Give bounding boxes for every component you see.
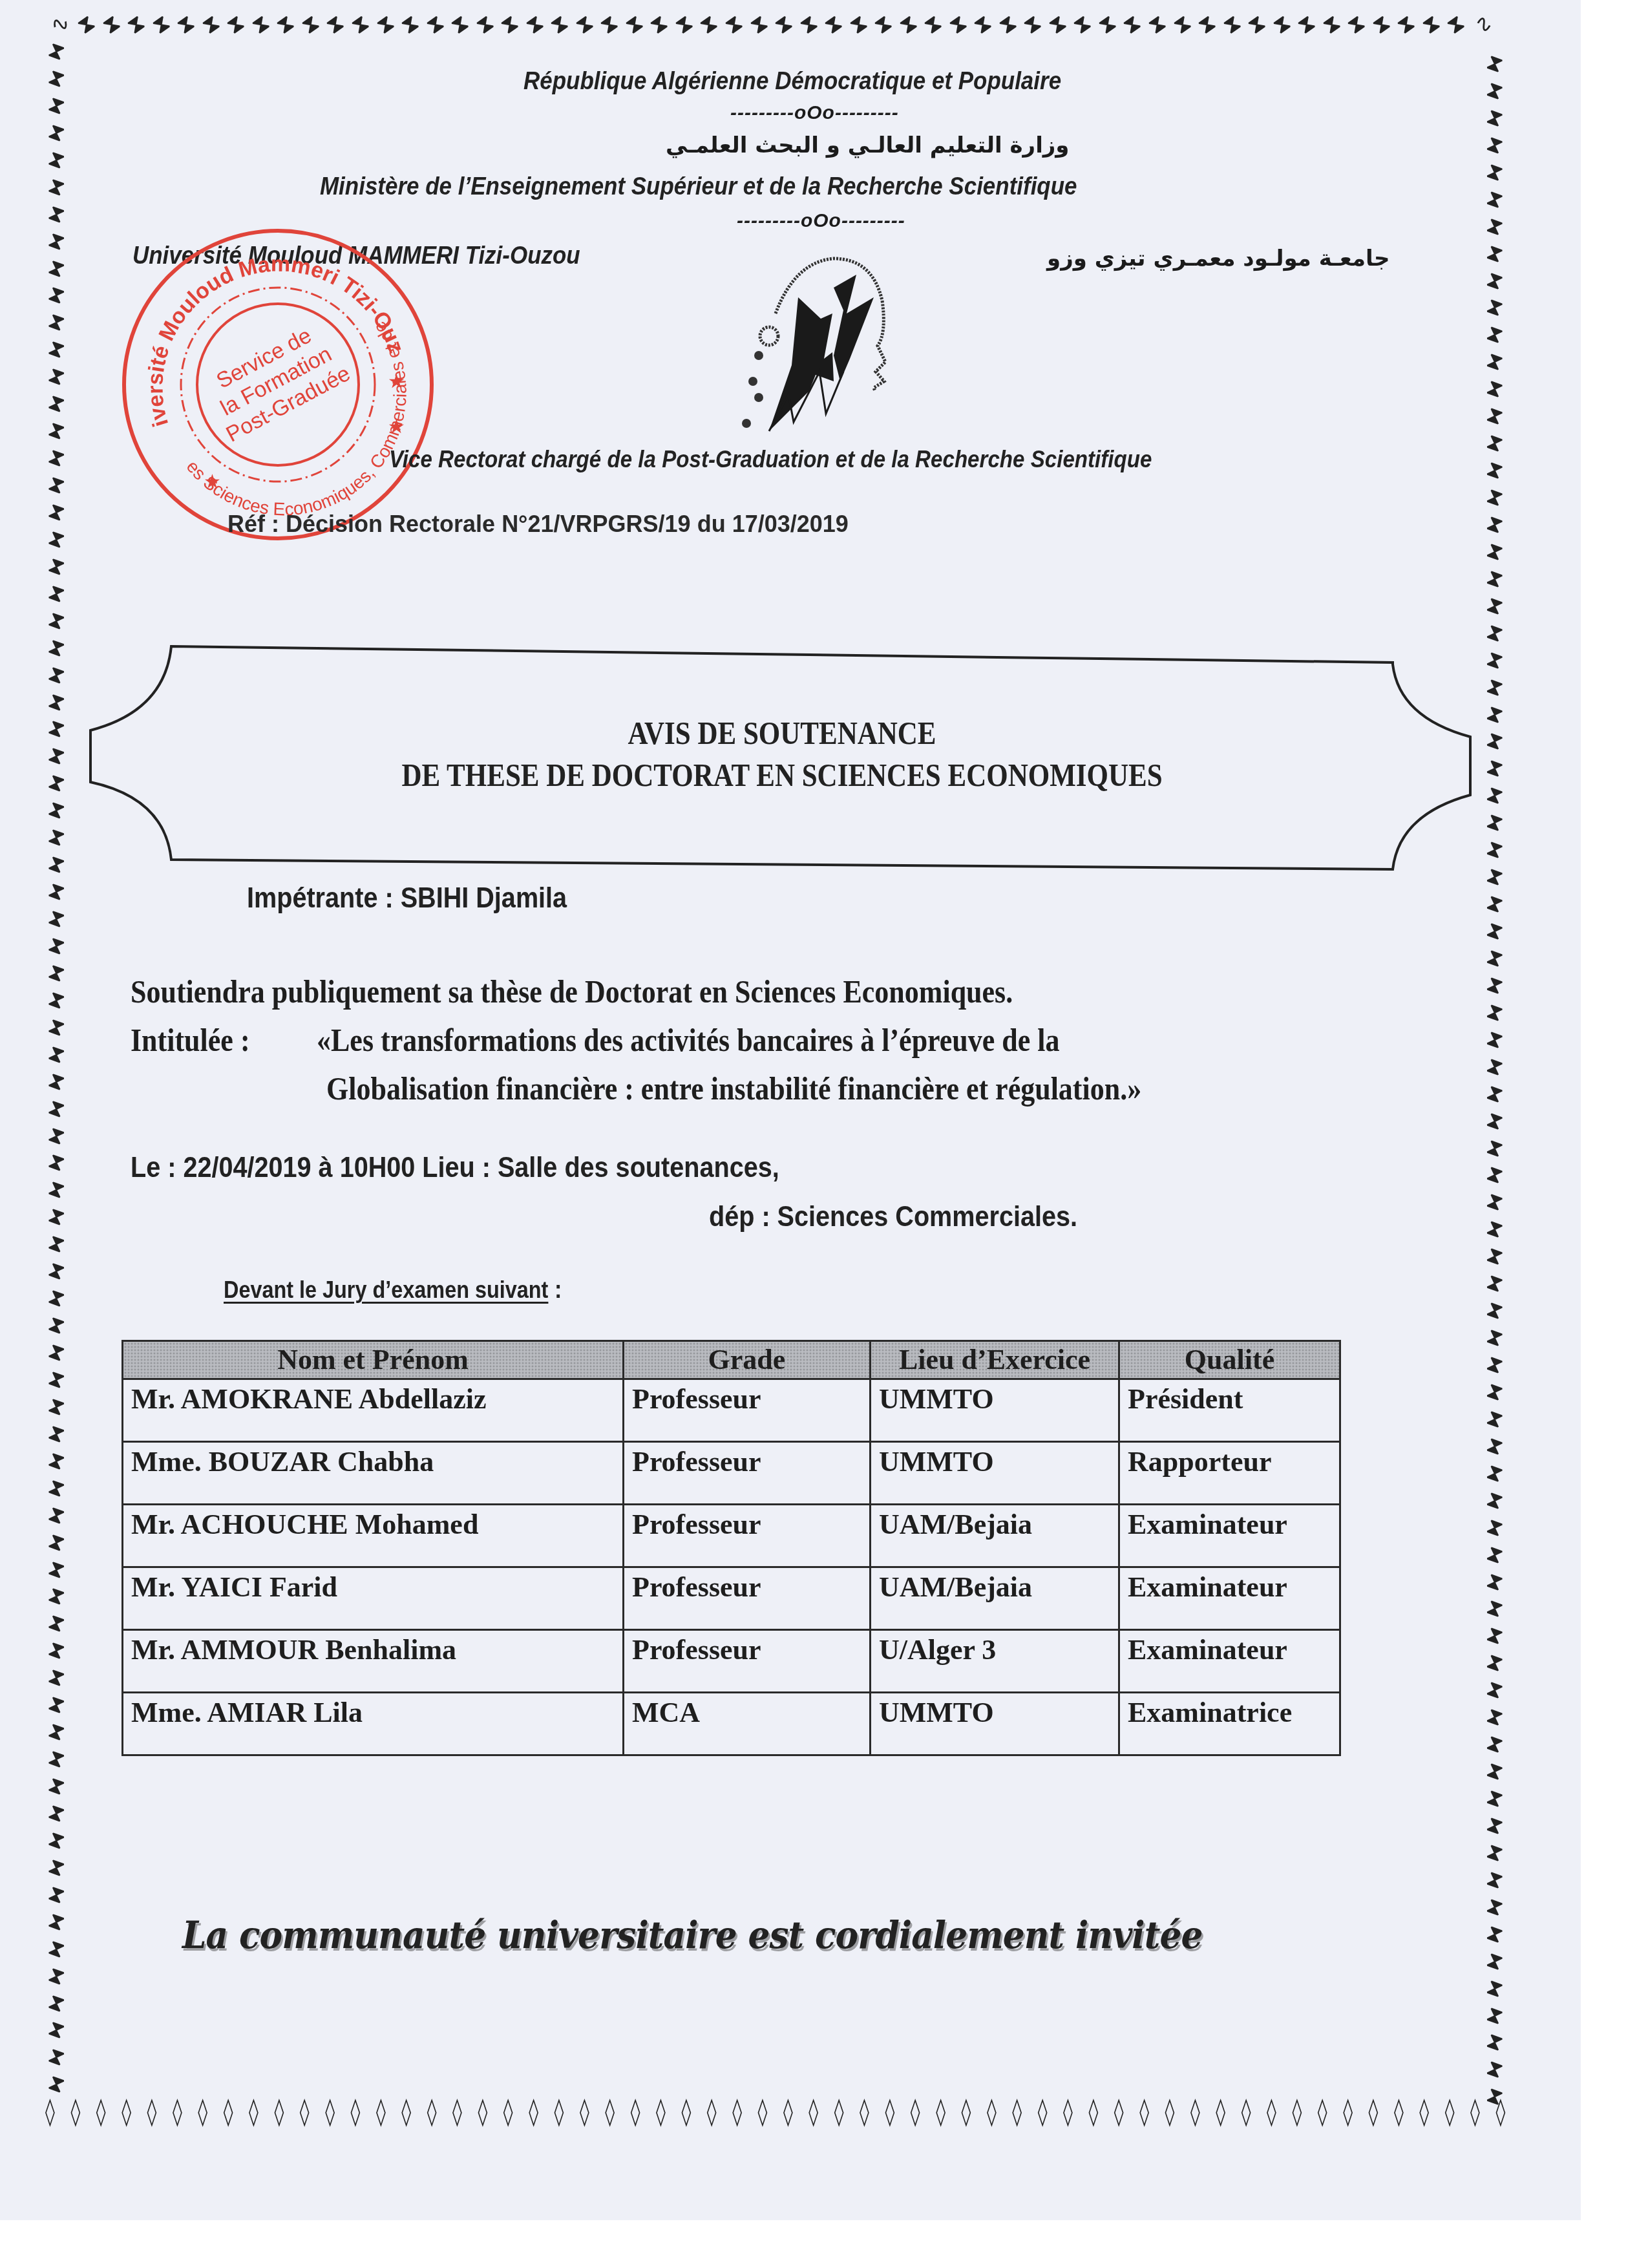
border-ornament-icon: ⧗ bbox=[45, 120, 77, 149]
border-ornament-icon: ⧗ bbox=[1474, 1539, 1505, 1569]
republic-heading: République Algérienne Démocratique et Po… bbox=[523, 68, 1061, 96]
thesis-title-line1: «Les transformations des activités banca… bbox=[317, 1021, 1060, 1059]
table-row: Mr. AMOKRANE Abdellaziz Professeur UMMTO… bbox=[123, 1379, 1340, 1442]
border-ornament-icon: ⧗ bbox=[45, 1827, 77, 1857]
border-ornament-icon: ⧗ bbox=[45, 255, 77, 285]
border-ornament-icon: ⧗ bbox=[45, 851, 77, 881]
border-ornament-icon: ⧗ bbox=[45, 445, 77, 474]
border-ornament-icon: ⧗ bbox=[45, 499, 77, 529]
border-ornament-icon: ⧗ bbox=[1474, 1891, 1505, 1921]
border-ornament-icon: ⧗ bbox=[148, 11, 176, 41]
border-ornament-icon: ◊ bbox=[758, 2099, 768, 2135]
border-ornament-icon: ⧗ bbox=[45, 608, 77, 637]
column-header-role: Qualité bbox=[1119, 1341, 1340, 1379]
border-ornament-icon: ⧗ bbox=[45, 1556, 77, 1586]
member-name: Mme. BOUZAR Chabha bbox=[123, 1442, 624, 1505]
border-ornament-icon: ◊ bbox=[274, 2099, 284, 2135]
border-ornament-icon: ⧗ bbox=[45, 92, 77, 122]
border-ornament-icon: ⧗ bbox=[45, 1963, 77, 1993]
border-ornament-icon: ⧗ bbox=[1145, 11, 1172, 41]
member-role: Examinatrice bbox=[1119, 1693, 1340, 1755]
vice-rectorat-heading: Vice Rectorat chargé de la Post-Graduati… bbox=[389, 446, 1152, 473]
border-ornament-icon: ⧗ bbox=[1474, 726, 1505, 756]
border-ornament-icon: ⧗ bbox=[1119, 11, 1147, 41]
jury-table: Nom et Prénom Grade Lieu d’Exercice Qual… bbox=[121, 1340, 1341, 1756]
border-ornament-icon: ◊ bbox=[249, 2099, 259, 2135]
border-ornament-icon: ⧗ bbox=[45, 824, 77, 854]
border-ornament-icon: ◊ bbox=[1318, 2099, 1327, 2135]
border-ornament-icon: ⧗ bbox=[45, 472, 77, 502]
border-ornament-icon: ⧗ bbox=[1474, 102, 1505, 132]
border-ornament-icon: ⧗ bbox=[1474, 2054, 1505, 2084]
border-ornament-icon: ⧗ bbox=[771, 11, 799, 41]
border-ornament-icon: ⧗ bbox=[198, 11, 226, 41]
border-ornament-icon: ⧗ bbox=[871, 11, 898, 41]
border-ornament-icon: ⧗ bbox=[1474, 563, 1505, 593]
border-ornament-icon: ⧗ bbox=[45, 1637, 77, 1667]
border-ornament-icon: ◊ bbox=[45, 2099, 55, 2135]
border-ornament-icon: ⧗ bbox=[45, 418, 77, 447]
border-ornament-icon: ⧗ bbox=[1368, 11, 1396, 41]
member-name: Mr. AMMOUR Benhalima bbox=[123, 1630, 624, 1693]
border-ornament-icon: ◊ bbox=[580, 2099, 589, 2135]
border-ornament-icon: ⧗ bbox=[45, 906, 77, 935]
department: dép : Sciences Commerciales. bbox=[709, 1201, 1077, 1233]
border-ornament-icon: ⧗ bbox=[1474, 454, 1505, 484]
border-ornament-icon: ◊ bbox=[173, 2099, 182, 2135]
border-ornament-icon: ⧗ bbox=[45, 1421, 77, 1450]
border-ornament-icon: ◊ bbox=[478, 2099, 487, 2135]
border-ornament-icon: ⧗ bbox=[1474, 129, 1505, 159]
border-ornament-icon: ⧗ bbox=[248, 11, 276, 41]
member-name: Mme. AMIAR Lila bbox=[123, 1693, 624, 1755]
border-ornament-icon: ⧗ bbox=[1474, 1647, 1505, 1677]
border-ornament-icon: ⧗ bbox=[1474, 211, 1505, 240]
border-ornament-icon: ◊ bbox=[631, 2099, 640, 2135]
border-ornament-icon: ◊ bbox=[911, 2099, 920, 2135]
border-ornament-icon: ⧗ bbox=[1474, 834, 1505, 864]
border-ornament-icon: ⧗ bbox=[1474, 373, 1505, 403]
border-ornament-icon: ⧗ bbox=[273, 11, 301, 41]
border-ornament-icon: ⧗ bbox=[1474, 1864, 1505, 1894]
border-ornament-icon: ⧗ bbox=[45, 1014, 77, 1044]
border-ornament-icon: ◊ bbox=[808, 2099, 818, 2135]
border-ornament-icon: ◊ bbox=[376, 2099, 386, 2135]
border-ornament-icon: ◊ bbox=[783, 2099, 793, 2135]
column-header-location: Lieu d’Exercice bbox=[871, 1341, 1119, 1379]
member-location: UAM/Bejaia bbox=[871, 1567, 1119, 1630]
border-ornament-icon: ⧗ bbox=[1294, 11, 1322, 41]
border-ornament-icon: ⧗ bbox=[671, 11, 699, 41]
border-ornament-icon: ⧗ bbox=[45, 933, 77, 962]
defense-statement: Soutiendra publiquement sa thèse de Doct… bbox=[131, 973, 1013, 1010]
border-ornament-icon: ⧗ bbox=[1474, 400, 1505, 430]
svg-text:★: ★ bbox=[388, 416, 405, 438]
border-ornament-icon: ⧗ bbox=[696, 11, 724, 41]
border-ornament-icon: ⧗ bbox=[1474, 1240, 1505, 1270]
border-ornament-icon: ◊ bbox=[1292, 2099, 1302, 2135]
ministry-arabic: وزارة التعليم العالـي و البحث العلمـي bbox=[666, 132, 1070, 158]
border-ornament-icon: ⧗ bbox=[45, 1312, 77, 1342]
border-ornament-icon: ◊ bbox=[834, 2099, 844, 2135]
border-ornament-icon: ⧗ bbox=[45, 1584, 77, 1613]
member-name: Mr. ACHOUCHE Mohamed bbox=[123, 1505, 624, 1567]
border-ornament-icon: ⧗ bbox=[1474, 536, 1505, 566]
member-grade: Professeur bbox=[624, 1505, 871, 1567]
border-ornament-icon: ⧗ bbox=[45, 878, 77, 908]
border-ornament-icon: ⧗ bbox=[1474, 1973, 1505, 2002]
thesis-label: Intitulée : bbox=[131, 1021, 250, 1059]
border-ornament-icon: ⧗ bbox=[1474, 1078, 1505, 1108]
document-sheet: ∿ ⧗⧗⧗⧗⧗⧗⧗⧗⧗⧗⧗⧗⧗⧗⧗⧗⧗⧗⧗⧗⧗⧗⧗⧗⧗⧗⧗⧗⧗⧗⧗⧗⧗⧗⧗⧗⧗⧗… bbox=[0, 0, 1581, 2220]
border-ornament-icon: ⧗ bbox=[45, 580, 77, 610]
border-ornament-icon: ◊ bbox=[1394, 2099, 1404, 2135]
border-ornament-icon: ⧗ bbox=[1443, 11, 1471, 41]
border-ornament-icon: ◊ bbox=[427, 2099, 437, 2135]
border-ornament-icon: ⧗ bbox=[1474, 427, 1505, 457]
border-ornament-icon: ⧗ bbox=[646, 11, 674, 41]
border-ornament-icon: ⧗ bbox=[45, 1258, 77, 1288]
member-role: Examinateur bbox=[1119, 1630, 1340, 1693]
member-grade: MCA bbox=[624, 1693, 871, 1755]
border-ornament-icon: ◊ bbox=[529, 2099, 538, 2135]
border-ornament-icon: ⧗ bbox=[45, 1123, 77, 1152]
border-ornament-icon: ◊ bbox=[885, 2099, 894, 2135]
border-ornament-icon: ⧗ bbox=[1474, 590, 1505, 620]
border-ornament-icon: ◊ bbox=[70, 2099, 80, 2135]
border-ornament-icon: ◊ bbox=[147, 2099, 157, 2135]
border-ornament-icon: ⧗ bbox=[1344, 11, 1371, 41]
member-grade: Professeur bbox=[624, 1567, 871, 1630]
border-ornament-icon: ⧗ bbox=[1474, 1051, 1505, 1081]
border-ornament-icon: ⧗ bbox=[74, 11, 101, 41]
border-ornament-icon: ⧗ bbox=[45, 1339, 77, 1369]
thesis-title-line2: Globalisation financière : entre instabi… bbox=[326, 1070, 1141, 1107]
border-top: ∿ ⧗⧗⧗⧗⧗⧗⧗⧗⧗⧗⧗⧗⧗⧗⧗⧗⧗⧗⧗⧗⧗⧗⧗⧗⧗⧗⧗⧗⧗⧗⧗⧗⧗⧗⧗⧗⧗⧗… bbox=[52, 13, 1493, 39]
border-ornament-icon: ⧗ bbox=[45, 2044, 77, 2074]
border-ornament-icon: ⧗ bbox=[45, 1664, 77, 1694]
border-ornament-icon: ⧗ bbox=[45, 363, 77, 393]
border-ornament-icon: ⧗ bbox=[1474, 699, 1505, 728]
border-ornament-icon: ◊ bbox=[707, 2099, 717, 2135]
border-ornament-icon: ⧗ bbox=[45, 1854, 77, 1884]
border-ornament-icon: ⧗ bbox=[1318, 11, 1346, 41]
border-ornament-icon: ⧗ bbox=[1474, 1160, 1505, 1189]
border-ornament-icon: ⧗ bbox=[45, 1203, 77, 1233]
border-ornament-icon: ◊ bbox=[555, 2099, 564, 2135]
border-ornament-icon: ⧗ bbox=[597, 11, 624, 41]
border-ornament-icon: ◊ bbox=[1495, 2099, 1505, 2135]
candidate-name: Impétrante : SBIHI Djamila bbox=[247, 882, 567, 915]
border-ornament-icon: ⧗ bbox=[1474, 1349, 1505, 1379]
border-left: ⧗⧗⧗⧗⧗⧗⧗⧗⧗⧗⧗⧗⧗⧗⧗⧗⧗⧗⧗⧗⧗⧗⧗⧗⧗⧗⧗⧗⧗⧗⧗⧗⧗⧗⧗⧗⧗⧗⧗⧗… bbox=[48, 42, 74, 2097]
border-ornament-icon: ⧗ bbox=[45, 1529, 77, 1559]
border-ornament-icon: ⧗ bbox=[1474, 1918, 1505, 1948]
border-ornament-icon: ⧗ bbox=[45, 1150, 77, 1180]
border-ornament-icon: ⧗ bbox=[45, 553, 77, 583]
border-ornament-icon: ⧗ bbox=[45, 282, 77, 312]
border-ornament-icon: ⧗ bbox=[45, 526, 77, 556]
border-ornament-icon: ⧗ bbox=[45, 1719, 77, 1748]
border-ornament-icon: ⧗ bbox=[1474, 1566, 1505, 1596]
border-ornament-icon: ◊ bbox=[656, 2099, 666, 2135]
member-role: Examinateur bbox=[1119, 1505, 1340, 1567]
member-name: Mr. YAICI Farid bbox=[123, 1567, 624, 1630]
border-ornament-icon: ⧗ bbox=[1474, 346, 1505, 376]
border-ornament-icon: ⧗ bbox=[45, 689, 77, 719]
border-ornament-icon: ⧗ bbox=[1070, 11, 1097, 41]
svg-text:★: ★ bbox=[204, 471, 221, 493]
member-location: UMMTO bbox=[871, 1693, 1119, 1755]
border-ornament-icon: ⧗ bbox=[1474, 997, 1505, 1026]
border-ornament-icon: ◊ bbox=[503, 2099, 513, 2135]
border-ornament-icon: ◊ bbox=[351, 2099, 361, 2135]
border-ornament-icon: ⧗ bbox=[45, 310, 77, 339]
border-ornament-icon: ⧗ bbox=[45, 1691, 77, 1721]
border-ornament-icon: ⧗ bbox=[845, 11, 873, 41]
border-ornament-icon: ⧗ bbox=[45, 336, 77, 366]
border-ornament-icon: ⧗ bbox=[98, 11, 126, 41]
border-ornament-icon: ◊ bbox=[1343, 2099, 1353, 2135]
border-ornament-icon: ⧗ bbox=[895, 11, 923, 41]
member-grade: Professeur bbox=[624, 1442, 871, 1505]
decision-reference: Réf : Décision Rectorale N°21/VRPGRS/19 … bbox=[227, 511, 849, 538]
border-ornament-icon: ⧗ bbox=[45, 1990, 77, 2020]
border-ornament-icon: ◊ bbox=[1139, 2099, 1149, 2135]
border-ornament-icon: ⧗ bbox=[45, 1475, 77, 1505]
border-ornament-icon: ⧗ bbox=[1474, 1213, 1505, 1243]
border-ornament-icon: ⧗ bbox=[821, 11, 849, 41]
border-ornament-icon: ◊ bbox=[605, 2099, 615, 2135]
border-ornament-icon: ⧗ bbox=[970, 11, 998, 41]
border-ornament-icon: ⧗ bbox=[1474, 753, 1505, 783]
border-right: ⧗⧗⧗⧗⧗⧗⧗⧗⧗⧗⧗⧗⧗⧗⧗⧗⧗⧗⧗⧗⧗⧗⧗⧗⧗⧗⧗⧗⧗⧗⧗⧗⧗⧗⧗⧗⧗⧗⧗⧗… bbox=[1477, 52, 1503, 2107]
border-ornament-icon: ⧗ bbox=[1474, 888, 1505, 918]
notice-title: AVIS DE SOUTENANCE bbox=[185, 714, 1380, 752]
border-ornament-icon: ◊ bbox=[1445, 2099, 1455, 2135]
separator: ---------oOo--------- bbox=[730, 102, 899, 124]
border-ornament-icon: ◊ bbox=[1165, 2099, 1175, 2135]
border-ornament-icon: ◊ bbox=[96, 2099, 106, 2135]
border-ornament-icon: ◊ bbox=[1190, 2099, 1200, 2135]
border-ornament-icon: ◊ bbox=[1063, 2099, 1073, 2135]
border-ornament-icon: ⧗ bbox=[1474, 156, 1505, 186]
border-ornament-icon: ◊ bbox=[1267, 2099, 1276, 2135]
border-ornament-icon: ⧗ bbox=[920, 11, 948, 41]
border-ornament-icon: ⧗ bbox=[1474, 1837, 1505, 1867]
border-ornament-icon: ◊ bbox=[1369, 2099, 1379, 2135]
member-location: UAM/Bejaia bbox=[871, 1505, 1119, 1567]
border-ornament-icon: ◊ bbox=[452, 2099, 462, 2135]
border-ornament-icon: ⧗ bbox=[1474, 1755, 1505, 1785]
jury-heading: Devant le Jury d’examen suivant : bbox=[224, 1277, 562, 1304]
table-row: Mr. ACHOUCHE Mohamed Professeur UAM/Beja… bbox=[123, 1505, 1340, 1567]
border-ornament-icon: ◊ bbox=[1419, 2099, 1429, 2135]
border-ornament-icon: ◊ bbox=[1012, 2099, 1022, 2135]
border-ornament-icon: ⧗ bbox=[1474, 1783, 1505, 1812]
border-ornament-icon: ⧗ bbox=[1474, 1187, 1505, 1216]
member-role: Président bbox=[1119, 1379, 1340, 1442]
border-ornament-icon: ◊ bbox=[300, 2099, 310, 2135]
border-ornament-icon: ⧗ bbox=[1474, 1457, 1505, 1487]
border-ornament-icon: ⧗ bbox=[1474, 319, 1505, 349]
border-ornament-icon: ⧗ bbox=[547, 11, 575, 41]
border-ornament-icon: ◊ bbox=[1114, 2099, 1124, 2135]
border-ornament-icon: ⧗ bbox=[45, 1041, 77, 1071]
notice-subtitle: DE THESE DE DOCTORAT EN SCIENCES ECONOMI… bbox=[185, 756, 1380, 794]
border-ornament-icon: ⧗ bbox=[571, 11, 599, 41]
border-ornament-icon: ⧗ bbox=[45, 987, 77, 1017]
border-ornament-icon: ⧗ bbox=[223, 11, 251, 41]
border-ornament-icon: ⧗ bbox=[1474, 1620, 1505, 1650]
border-ornament-icon: ◊ bbox=[1241, 2099, 1251, 2135]
border-ornament-icon: ⧗ bbox=[173, 11, 201, 41]
border-ornament-icon: ⧗ bbox=[45, 1096, 77, 1125]
border-ornament-icon: ⧗ bbox=[45, 797, 77, 827]
border-ornament-icon: ⧗ bbox=[1095, 11, 1123, 41]
border-ornament-icon: ⧗ bbox=[372, 11, 400, 41]
border-ornament-icon: ⧗ bbox=[721, 11, 749, 41]
border-ornament-icon: ⧗ bbox=[1474, 1376, 1505, 1406]
university-logo-icon bbox=[737, 249, 905, 436]
border-ornament-icon: ⧗ bbox=[45, 635, 77, 664]
border-ornament-icon: ⧗ bbox=[1474, 1403, 1505, 1433]
table-row: Mme. AMIAR Lila MCA UMMTO Examinatrice bbox=[123, 1693, 1340, 1755]
border-ornament-icon: ⧗ bbox=[45, 1366, 77, 1396]
border-ornament-icon: ⧗ bbox=[1219, 11, 1247, 41]
border-ornament-icon: ⧗ bbox=[45, 1068, 77, 1098]
border-ornament-icon: ⧗ bbox=[348, 11, 375, 41]
border-ornament-icon: ⧗ bbox=[796, 11, 823, 41]
border-ornament-icon: ⧗ bbox=[298, 11, 326, 41]
border-ornament-icon: ⧗ bbox=[45, 1394, 77, 1423]
border-ornament-icon: ⧗ bbox=[1474, 2027, 1505, 2057]
border-ornament-icon: ◊ bbox=[121, 2099, 131, 2135]
border-ornament-icon: ∿ bbox=[48, 10, 74, 41]
border-ornament-icon: ⧗ bbox=[1474, 1430, 1505, 1460]
table-row: Mr. YAICI Farid Professeur UAM/Bejaia Ex… bbox=[123, 1567, 1340, 1630]
member-location: UMMTO bbox=[871, 1442, 1119, 1505]
border-ornament-icon: ⧗ bbox=[45, 716, 77, 746]
border-ornament-icon: ◊ bbox=[1038, 2099, 1048, 2135]
border-ornament-icon: ⧗ bbox=[1269, 11, 1296, 41]
border-ornament-icon: ◊ bbox=[936, 2099, 945, 2135]
jury-table-header: Nom et Prénom Grade Lieu d’Exercice Qual… bbox=[123, 1341, 1340, 1379]
date-and-venue: Le : 22/04/2019 à 10H00 Lieu : Salle des… bbox=[131, 1152, 779, 1184]
border-ornament-icon: ⧗ bbox=[45, 1773, 77, 1803]
border-ornament-icon: ⧗ bbox=[45, 1231, 77, 1260]
border-ornament-icon: ⧗ bbox=[1474, 509, 1505, 538]
border-ornament-icon: ⧗ bbox=[45, 65, 77, 95]
border-ornament-icon: ⧗ bbox=[45, 1502, 77, 1532]
border-ornament-icon: ⧗ bbox=[45, 1448, 77, 1478]
border-ornament-icon: ⧗ bbox=[1474, 1810, 1505, 1839]
border-ornament-icon: ∿ bbox=[1470, 10, 1496, 41]
member-location: UMMTO bbox=[871, 1379, 1119, 1442]
border-ornament-icon: ⧗ bbox=[45, 228, 77, 258]
border-ornament-icon: ⧗ bbox=[1474, 1512, 1505, 1542]
border-ornament-icon: ⧗ bbox=[422, 11, 450, 41]
border-ornament-icon: ◊ bbox=[198, 2099, 207, 2135]
border-ornament-icon: ⧗ bbox=[1474, 644, 1505, 674]
border-ornament-icon: ⧗ bbox=[45, 1746, 77, 1775]
border-ornament-icon: ⧗ bbox=[1474, 1593, 1505, 1623]
table-row: Mme. BOUZAR Chabha Professeur UMMTO Rapp… bbox=[123, 1442, 1340, 1505]
border-ornament-icon: ⧗ bbox=[1244, 11, 1272, 41]
border-ornament-icon: ⧗ bbox=[1474, 75, 1505, 105]
border-ornament-icon: ⧗ bbox=[497, 11, 525, 41]
border-ornament-icon: ⧗ bbox=[1474, 970, 1505, 999]
border-ornament-icon: ⧗ bbox=[322, 11, 350, 41]
border-ornament-icon: ⧗ bbox=[1474, 617, 1505, 647]
member-grade: Professeur bbox=[624, 1379, 871, 1442]
border-ornament-icon: ⧗ bbox=[522, 11, 549, 41]
border-ornament-icon: ⧗ bbox=[1474, 48, 1505, 78]
border-ornament-icon: ⧗ bbox=[1474, 292, 1505, 322]
border-ornament-icon: ⧗ bbox=[45, 147, 77, 176]
jury-heading-colon: : bbox=[548, 1277, 562, 1304]
border-ornament-icon: ⧗ bbox=[1474, 779, 1505, 809]
border-ornament-icon: ⧗ bbox=[1474, 807, 1505, 836]
member-role: Rapporteur bbox=[1119, 1442, 1340, 1505]
border-ornament-icon: ◊ bbox=[224, 2099, 233, 2135]
border-ornament-icon: ⧗ bbox=[1474, 238, 1505, 268]
border-ornament-icon: ⧗ bbox=[472, 11, 500, 41]
border-ornament-icon: ◊ bbox=[1470, 2099, 1480, 2135]
border-ornament-icon: ◊ bbox=[681, 2099, 691, 2135]
border-ornament-icon: ◊ bbox=[987, 2099, 997, 2135]
border-ornament-icon: ⧗ bbox=[45, 390, 77, 420]
border-ornament-icon: ◊ bbox=[401, 2099, 411, 2135]
border-ornament-icon: ⧗ bbox=[1474, 1024, 1505, 1054]
border-ornament-icon: ⧗ bbox=[1045, 11, 1073, 41]
border-ornament-icon: ⧗ bbox=[1474, 1105, 1505, 1135]
border-ornament-icon: ⧗ bbox=[1474, 482, 1505, 511]
border-ornament-icon: ⧗ bbox=[1474, 1267, 1505, 1297]
border-ornament-icon: ⧗ bbox=[1474, 1132, 1505, 1162]
border-ornament-icon: ⧗ bbox=[1474, 2000, 1505, 2030]
member-location: U/Alger 3 bbox=[871, 1630, 1119, 1693]
border-ornament-icon: ◊ bbox=[325, 2099, 335, 2135]
border-ornament-icon: ◊ bbox=[860, 2099, 869, 2135]
border-ornament-icon: ⧗ bbox=[45, 770, 77, 800]
border-bottom: ◊◊◊◊◊◊◊◊◊◊◊◊◊◊◊◊◊◊◊◊◊◊◊◊◊◊◊◊◊◊◊◊◊◊◊◊◊◊◊◊… bbox=[45, 2104, 1506, 2130]
border-ornament-icon: ◊ bbox=[1216, 2099, 1225, 2135]
border-ornament-icon: ⧗ bbox=[1474, 1945, 1505, 1975]
border-ornament-icon: ⧗ bbox=[45, 2017, 77, 2047]
table-row: Mr. AMMOUR Benhalima Professeur U/Alger … bbox=[123, 1630, 1340, 1693]
closing-invitation: La communauté universitaire est cordiale… bbox=[182, 1913, 1202, 1957]
border-ornament-icon: ⧗ bbox=[1474, 1322, 1505, 1351]
border-ornament-icon: ⧗ bbox=[1474, 1295, 1505, 1324]
border-ornament-icon: ⧗ bbox=[1474, 672, 1505, 701]
border-ornament-icon: ⧗ bbox=[995, 11, 1022, 41]
border-ornament-icon: ⧗ bbox=[45, 201, 77, 231]
border-ornament-icon: ⧗ bbox=[622, 11, 650, 41]
border-ornament-icon: ⧗ bbox=[45, 1800, 77, 1830]
member-role: Examinateur bbox=[1119, 1567, 1340, 1630]
border-ornament-icon: ⧗ bbox=[45, 743, 77, 773]
official-stamp: Université Mouloud Mammeri Tizi-Ouzou Fa… bbox=[116, 226, 439, 549]
jury-heading-label: Devant le Jury d’examen suivant bbox=[224, 1277, 548, 1303]
border-ornament-icon: ◊ bbox=[732, 2099, 742, 2135]
university-name-arabic: جامعـة مولـود معمـري تيزي وزو bbox=[1047, 246, 1389, 271]
border-ornament-icon: ⧗ bbox=[45, 38, 77, 68]
border-ornament-icon: ⧗ bbox=[1393, 11, 1421, 41]
svg-text:★: ★ bbox=[388, 371, 405, 392]
border-ornament-icon: ⧗ bbox=[1474, 1485, 1505, 1514]
border-ornament-icon: ⧗ bbox=[45, 1611, 77, 1640]
